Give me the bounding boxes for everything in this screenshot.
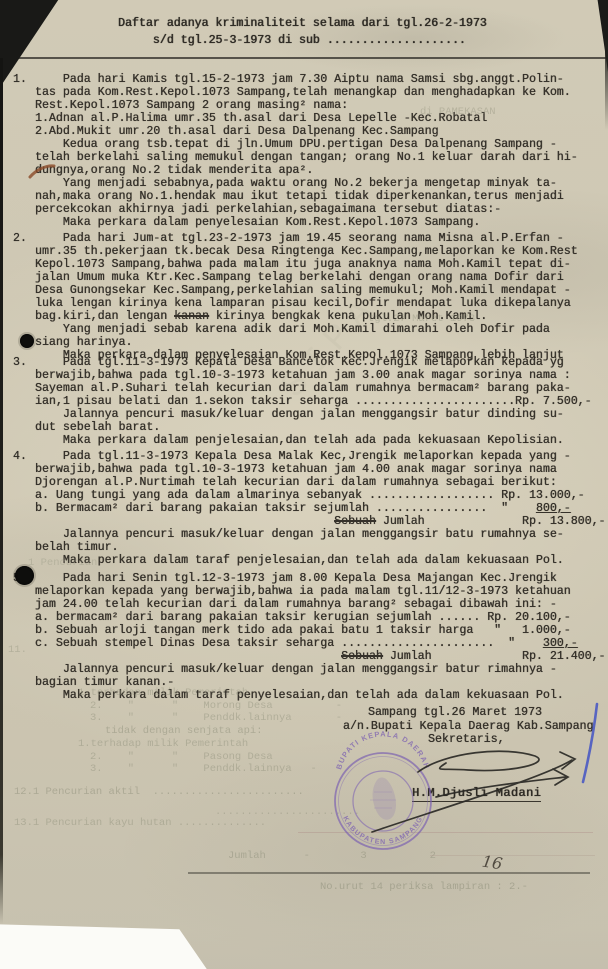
punch-hole [20,334,34,348]
punch-hole [15,566,34,585]
ink-overlay: BUPATI KEPALA DAERAH KABUPATEN SAMPANG [0,0,608,969]
official-stamp: BUPATI KEPALA DAERAH KABUPATEN SAMPANG [334,729,432,849]
scanned-document: Daftar adanya kriminaliteit selama dari … [0,0,608,969]
pencil-page-number: 16 [481,852,504,874]
signature [372,751,575,832]
stamp-emblem [373,777,396,819]
red-pen-mark [30,166,54,177]
blue-pen-mark [583,704,597,782]
stamp-top-text: BUPATI KEPALA DAERAH [334,729,432,770]
svg-text:BUPATI KEPALA DAERAH: BUPATI KEPALA DAERAH [334,729,432,770]
scan-edge-left [0,58,3,924]
